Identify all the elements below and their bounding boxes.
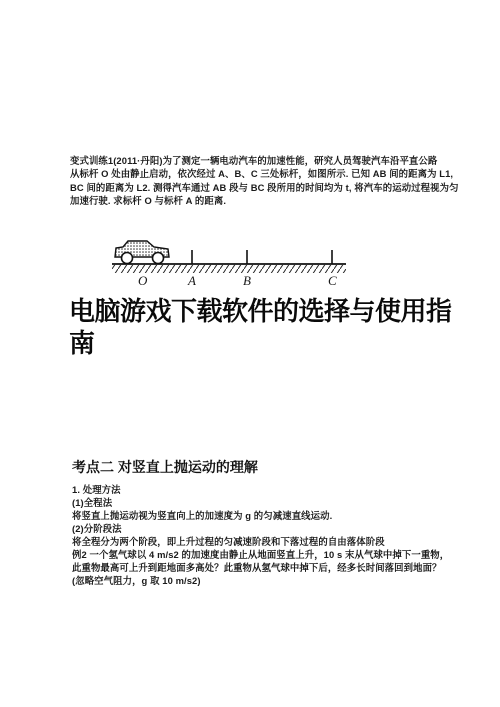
exam-point-section: 考点二 对竖直上抛运动的理解 1. 处理方法 (1)全程法 将竖直上抛运动视为竖… bbox=[72, 458, 457, 587]
diagram-label-a: A bbox=[187, 273, 196, 288]
problem-line: 加速行驶. 求标杆 O 与标杆 A 的距离. bbox=[70, 194, 445, 207]
car-wheel bbox=[122, 253, 133, 264]
problem-line: 从标杆 O 处由静止启动，依次经过 A、B、C 三处标杆，如图所示. 已知 AB… bbox=[70, 167, 445, 180]
document-title-line: 南 bbox=[69, 327, 454, 359]
problem-paragraph: 变式训练1(2011·丹阳)为了测定一辆电动汽车的加速性能，研究人员驾驶汽车沿平… bbox=[70, 154, 445, 208]
document-page: 变式训练1(2011·丹阳)为了测定一辆电动汽车的加速性能，研究人员驾驶汽车沿平… bbox=[0, 0, 500, 707]
section-line: 此重物最高可上升到距地面多高处？此重物从氢气球中掉下后，经多长时间落回到地面？ bbox=[72, 561, 457, 574]
diagram-label-c: C bbox=[328, 273, 337, 288]
document-title: 电脑游戏下载软件的选择与使用指 南 bbox=[69, 295, 454, 359]
document-title-line: 电脑游戏下载软件的选择与使用指 bbox=[69, 295, 454, 327]
car-wheel bbox=[153, 253, 164, 264]
problem-line: BC 间的距离为 L2. 测得汽车通过 AB 段与 BC 段所用的时间均为 t,… bbox=[70, 181, 445, 194]
ground-hatching bbox=[112, 265, 346, 273]
section-line: (1)全程法 bbox=[72, 496, 457, 509]
section-line: 1. 处理方法 bbox=[72, 483, 457, 496]
problem-line: 变式训练1(2011·丹阳)为了测定一辆电动汽车的加速性能，研究人员驾驶汽车沿平… bbox=[70, 154, 445, 167]
motion-diagram: O A B C bbox=[100, 233, 350, 291]
car-side-view-icon bbox=[115, 241, 169, 264]
motion-diagram-svg: O A B C bbox=[100, 233, 350, 291]
diagram-label-o: O bbox=[138, 273, 148, 288]
section-line: 例2 一个氢气球以 4 m/s2 的加速度由静止从地面竖直上升，10 s 末从气… bbox=[72, 548, 457, 561]
section-line: 将全程分为两个阶段，即上升过程的匀减速阶段和下落过程的自由落体阶段 bbox=[72, 535, 457, 548]
section-line: (忽略空气阻力，g 取 10 m/s2) bbox=[72, 574, 457, 587]
section-line: (2)分阶段法 bbox=[72, 522, 457, 535]
section-heading: 考点二 对竖直上抛运动的理解 bbox=[72, 458, 457, 476]
section-line: 将竖直上抛运动视为竖直向上的加速度为 g 的匀减速直线运动. bbox=[72, 509, 457, 522]
diagram-label-b: B bbox=[243, 273, 251, 288]
